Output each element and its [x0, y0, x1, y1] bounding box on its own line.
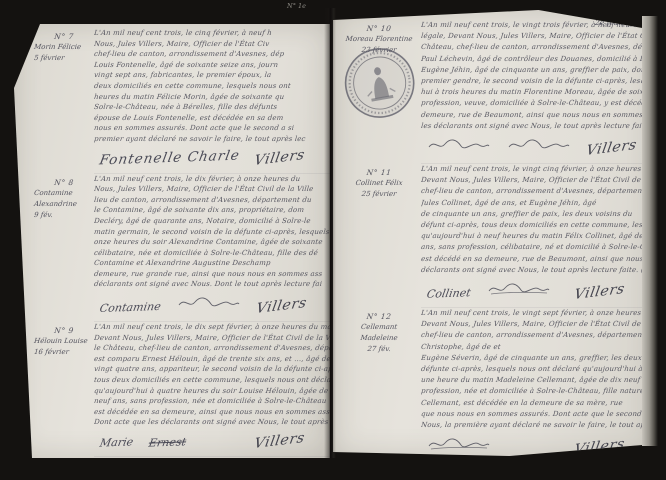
handwritten-line: le Contamine, âgé de soixante dix ans, p…	[94, 205, 330, 216]
handwritten-line: est décédée en sa demeure, ainsi que nou…	[94, 407, 330, 418]
handwritten-line: Contamine et Alexandrine Augustine Desch…	[94, 258, 330, 269]
act-margin-note: N° 12CellemantMadeleine27 fév.	[337, 308, 421, 355]
handwritten-line: légale, Devant Nous, Jules Villers, Mair…	[421, 31, 650, 42]
signature-flourish	[507, 137, 571, 156]
mayor-signature: Villers	[253, 147, 306, 169]
handwritten-line: demeure, rue grande rue, ainsi que nous …	[94, 269, 330, 280]
handwritten-line: neuf ans, sans profession, née et domici…	[94, 396, 330, 407]
handwritten-line: Paul Léchevin, âgé de contrôleur des Dou…	[421, 54, 650, 65]
handwritten-line: hui à trois heures du matin Florentine M…	[421, 87, 650, 98]
handwritten-line: Nous, Jules Villers, Maire, Officier de …	[94, 184, 330, 195]
act-entry: N° 8ContamineAlexandrine9 fév.L'An mil n…	[34, 174, 330, 323]
declarant-signature: Contamine	[99, 300, 162, 315]
declarant-signature: Collinet	[426, 286, 472, 301]
signature-row: ContamineVillers	[94, 290, 330, 322]
handwritten-line: chef-lieu de canton, arrondissement d'Av…	[94, 49, 330, 60]
handwritten-line: Château, chef-lieu de canton, arrondisse…	[421, 42, 650, 53]
act-number: N° 9	[33, 325, 94, 336]
declarant-signature: Marie	[99, 435, 135, 449]
handwritten-line: Louis Fontenelle, âgé de soixante seize …	[94, 60, 330, 71]
act-number: N° 7	[33, 31, 94, 42]
mayor-signature: Villers	[585, 137, 638, 159]
handwritten-line: Cellemant, est décédée en la demeure de …	[421, 398, 650, 409]
act-date: 16 février	[33, 347, 94, 358]
handwritten-line: Nous, la première ayant déclaré ne savoi…	[421, 420, 650, 431]
handwritten-line: L'An mil neuf cent trois, le dix sept fé…	[94, 322, 330, 333]
handwritten-line: chef-lieu de canton, arrondissement d'Av…	[421, 330, 650, 341]
act-date: 27 fév.	[336, 344, 421, 355]
act-name: Collinet Félix	[336, 178, 421, 189]
handwritten-line: L'An mil neuf cent trois, le cinq févrie…	[94, 28, 330, 39]
handwritten-line: L'An mil neuf cent trois, le vingt cinq …	[421, 164, 650, 175]
signature-flourish	[487, 281, 551, 300]
mayor-signature: Villers	[253, 430, 306, 452]
handwritten-line: Nous, Jules Villers, Maire, Officier de …	[94, 39, 330, 50]
act-name: Contamine	[33, 188, 94, 199]
act-entry: N° 12CellemantMadeleine27 fév.L'An mil n…	[337, 308, 650, 463]
act-body-text: L'An mil neuf cent trois, le dix sept fé…	[94, 322, 330, 457]
handwritten-line: profession, née et domiciliée à Solre-le…	[421, 386, 650, 397]
handwritten-line: vingt sept ans, fabricantes, le premier …	[94, 70, 330, 81]
handwritten-line: que nous nous en sommes assurés. Dont ac…	[421, 409, 650, 420]
handwritten-line: qu'aujourd'hui à quatre heures du soir L…	[94, 386, 330, 397]
handwritten-line: Dont acte que les déclarants ont signé a…	[94, 417, 330, 428]
handwritten-line: nous en sommes assurés. Dont acte que le…	[94, 123, 330, 134]
handwritten-line: onze heures du soir Alexandrine Contamin…	[94, 237, 330, 248]
act-name: Alexandrine	[33, 199, 94, 210]
act-number: N° 11	[336, 167, 421, 178]
mayor-signature: Villers	[573, 281, 626, 303]
handwritten-line: qu'aujourd'hui à neuf heures du matin Fé…	[421, 231, 650, 242]
act-number: N° 12	[336, 311, 421, 322]
register-scan: N° 1e N° 7Morin Félicie5 févrierL'An mil…	[0, 0, 666, 480]
signature-flourish	[427, 436, 491, 455]
handwritten-line: Jules Collinet, âgé de ans, et Eugène Jé…	[421, 198, 650, 209]
act-body-text: L'An mil neuf cent trois, le vingt cinq …	[421, 164, 650, 308]
folio-label: 2e feuillet.	[595, 18, 637, 27]
page-gutter	[324, 8, 336, 458]
handwritten-line: est comparu Ernest Hélouin, âgé de trent…	[94, 354, 330, 365]
act-entry: N° 9Hélouin Louise16 févrierL'An mil neu…	[34, 322, 330, 457]
handwritten-line: Decléry, âgé de quarante ans, Notaire, d…	[94, 216, 330, 227]
handwritten-line: Devant Nous, Jules Villers, Maire, Offic…	[421, 175, 650, 186]
handwritten-line: Eugène Séverin, âgé de cinquante un ans,…	[421, 353, 650, 364]
handwritten-line: défunte ci-après, lesquels nous ont décl…	[421, 364, 650, 375]
signature-row: CollinetVillers	[421, 276, 650, 308]
handwritten-line: deux domiciliés en cette commune, lesque…	[94, 81, 330, 92]
left-page: N° 7Morin Félicie5 févrierL'An mil neuf …	[14, 24, 330, 458]
act-date: 25 février	[336, 189, 421, 200]
act-body-text: L'An mil neuf cent trois, le vingt trois…	[421, 20, 650, 164]
handwritten-line: lieu de canton, arrondissement d'Avesnes…	[94, 195, 330, 206]
act-margin-note: N° 11Collinet Félix25 février	[337, 164, 421, 200]
signature-row: Villers	[421, 132, 650, 164]
act-name: Cellemant	[336, 322, 421, 333]
handwritten-line: une heure du matin Madeleine Cellemant, …	[421, 375, 650, 386]
act-body-text: L'An mil neuf cent trois, le cinq févrie…	[94, 28, 330, 174]
act-body-text: L'An mil neuf cent trois, le vingt sept …	[421, 308, 650, 463]
act-name: Madeleine	[336, 333, 421, 344]
act-name: Hélouin Louise	[33, 336, 94, 347]
folio-fragment: N° 1e	[287, 2, 306, 10]
handwritten-line: heures du matin Félicie Morin, âgée de s…	[94, 92, 330, 103]
mayor-signature: Villers	[573, 436, 626, 458]
handwritten-line: Eugène Jéhin, âgé de cinquante un ans, g…	[421, 65, 650, 76]
handwritten-line: le Château, chef-lieu de canton, arrondi…	[94, 343, 330, 354]
right-page: 2e feuillet. N° 10Moreau Florentine23 fé…	[333, 10, 654, 456]
signature-row: Villers	[421, 431, 650, 463]
page-stack-edge	[642, 16, 658, 446]
handwritten-line: ans, sans profession, célibataire, né et…	[421, 242, 650, 253]
handwritten-line: déclarants ont signé avec Nous. Dont le …	[94, 279, 330, 290]
declarant-signature: Ernest	[148, 435, 188, 449]
act-entry: N° 11Collinet Félix25 févrierL'An mil ne…	[337, 164, 650, 308]
handwritten-line: épouse de Louis Fontenelle, est décédée …	[94, 113, 330, 124]
act-body-text: L'An mil neuf cent trois, le dix février…	[94, 174, 330, 323]
handwritten-line: L'An mil neuf cent trois, le vingt sept …	[421, 308, 650, 319]
act-name: Morin Félicie	[33, 42, 94, 53]
handwritten-line: défunt ci-après, tous deux domiciliés en…	[421, 220, 650, 231]
act-number: N° 10	[336, 23, 421, 34]
handwritten-line: L'An mil neuf cent trois, le dix février…	[94, 174, 330, 185]
act-number: N° 8	[33, 177, 94, 188]
handwritten-line: Solre-le-Château, née à Bérelles, fille …	[94, 102, 330, 113]
handwritten-line: Christophe, âgé de et	[421, 342, 650, 353]
act-margin-note: N° 9Hélouin Louise16 février	[34, 322, 94, 358]
act-margin-note: N° 7Morin Félicie5 février	[34, 28, 94, 64]
handwritten-line: les déclarants ont signé avec Nous, le t…	[421, 121, 650, 132]
mayor-signature: Villers	[255, 295, 308, 317]
official-stamp-icon	[337, 40, 423, 130]
act-date: 5 février	[33, 53, 94, 64]
signature-row: MarieErnestVillers	[94, 428, 330, 457]
handwritten-line: chef-lieu de canton, arrondissement d'Av…	[421, 186, 650, 197]
act-date: 9 fév.	[33, 210, 94, 221]
handwritten-line: de cinquante un ans, greffier de paix, l…	[421, 209, 650, 220]
handwritten-line: tous deux domiciliés en cette commune, l…	[94, 375, 330, 386]
handwritten-line: demeure, rue de Beaumont, ainsi que nous…	[421, 110, 650, 121]
handwritten-line: Devant Nous, Jules Villers, Maire, Offic…	[421, 319, 650, 330]
act-margin-note: N° 8ContamineAlexandrine9 fév.	[34, 174, 94, 221]
handwritten-line: premier ayant déclaré ne savoir le faire…	[94, 134, 330, 145]
left-page-acts: N° 7Morin Félicie5 févrierL'An mil neuf …	[34, 28, 330, 457]
handwritten-line: profession, veuve, domiciliée à Solre-le…	[421, 98, 650, 109]
handwritten-line: est décédé en sa demeure, rue de Beaumon…	[421, 254, 650, 265]
handwritten-line: vingt quatre ans, appariteur, le second …	[94, 364, 330, 375]
handwritten-line: déclarants ont signé avec Nous, le tout …	[421, 265, 650, 276]
signature-flourish	[177, 295, 241, 314]
declarant-signature: Fontenelle Charle	[98, 147, 241, 168]
signature-flourish	[427, 137, 491, 156]
handwritten-line: Devant Nous, Jules Villers, Maire, Offic…	[94, 333, 330, 344]
signature-row: Fontenelle CharleVillers	[94, 145, 330, 174]
handwritten-line: premier gendre, le second voisin de la d…	[421, 76, 650, 87]
handwritten-line: célibataire, née et domiciliée à Solre-l…	[94, 248, 330, 259]
handwritten-line: matin germain, le second voisin de la dé…	[94, 227, 330, 238]
act-entry: N° 7Morin Félicie5 févrierL'An mil neuf …	[34, 28, 330, 174]
